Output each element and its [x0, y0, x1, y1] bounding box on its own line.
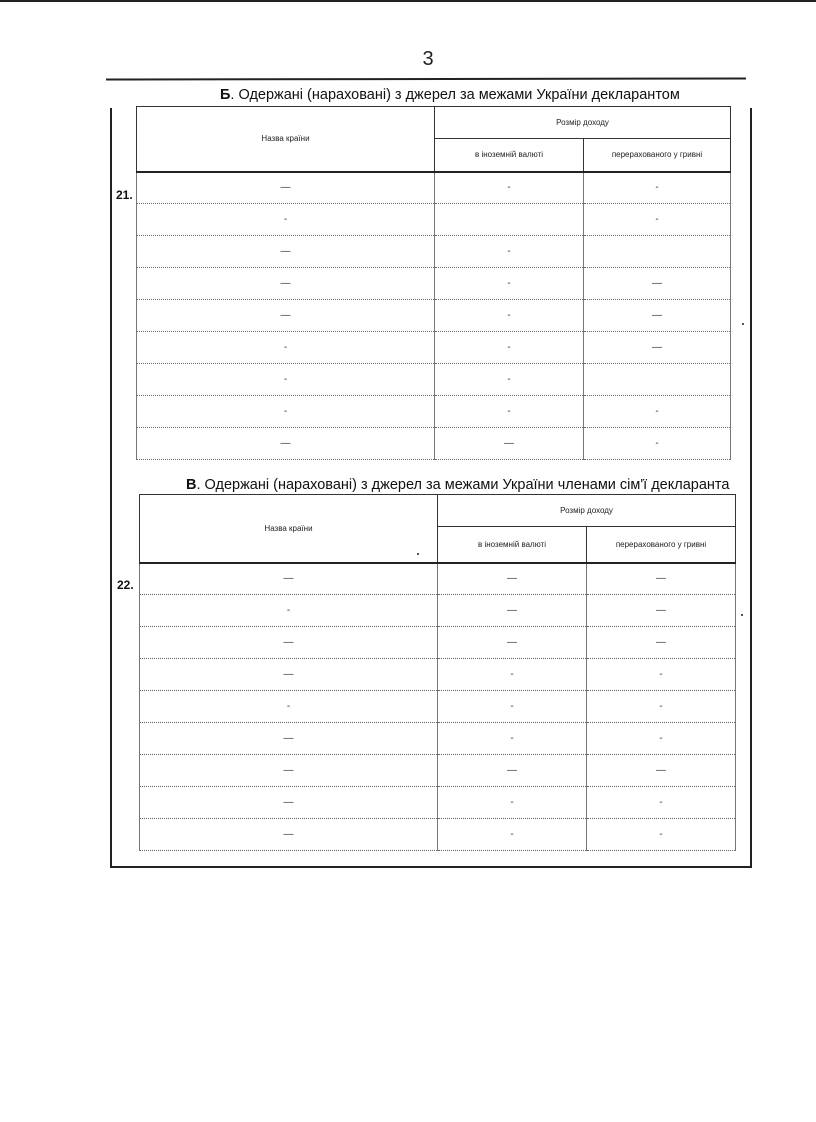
cell-country: - — [140, 691, 438, 723]
cell-foreign-currency: — — [438, 595, 587, 627]
cell-foreign-currency: — — [438, 563, 587, 595]
section-v-letter: В — [186, 477, 196, 493]
cell-country: — — [137, 428, 435, 460]
cell-converted-uah: — — [587, 595, 736, 627]
cell-country: — — [140, 787, 438, 819]
cell-country: - — [137, 332, 435, 364]
cell-converted-uah — [584, 236, 731, 268]
cell-foreign-currency: - — [435, 172, 584, 204]
section-b-title-text: . Одержані (нараховані) з джерел за межа… — [230, 87, 679, 103]
cell-converted-uah: - — [584, 172, 731, 204]
cell-foreign-currency: - — [435, 268, 584, 300]
section-b-rows: —----—-—-——-—--—-----——- — [137, 172, 731, 460]
cell-converted-uah: - — [587, 787, 736, 819]
table-row: —-- — [140, 659, 736, 691]
cell-foreign-currency: - — [435, 364, 584, 396]
cell-converted-uah: - — [584, 204, 731, 236]
table-row: ——— — [140, 627, 736, 659]
cell-converted-uah: — — [587, 627, 736, 659]
header-converted-uah: перерахованого у гривні — [587, 527, 736, 563]
table-row: —-— — [137, 300, 731, 332]
cell-foreign-currency: - — [435, 332, 584, 364]
header-income-size: Розмір доходу — [438, 495, 736, 527]
section-b-row-number: 21. — [116, 188, 133, 202]
cell-country: — — [140, 755, 438, 787]
table-row: ——- — [137, 428, 731, 460]
cell-foreign-currency: - — [438, 787, 587, 819]
header-income-size: Розмір доходу — [435, 107, 731, 139]
scan-speck — [417, 553, 419, 555]
cell-converted-uah: - — [587, 723, 736, 755]
cell-converted-uah: - — [584, 396, 731, 428]
top-scan-edge — [0, 0, 816, 2]
cell-country: — — [140, 819, 438, 851]
cell-country: - — [137, 396, 435, 428]
cell-foreign-currency: - — [438, 819, 587, 851]
cell-converted-uah: - — [584, 428, 731, 460]
table-row: —- — [137, 236, 731, 268]
cell-converted-uah: — — [584, 332, 731, 364]
cell-country: — — [137, 300, 435, 332]
cell-country: - — [137, 364, 435, 396]
header-country: Назва країни — [137, 107, 435, 172]
cell-country: - — [137, 204, 435, 236]
header-converted-uah: перерахованого у гривні — [584, 139, 731, 172]
cell-foreign-currency: - — [435, 396, 584, 428]
cell-country: — — [137, 236, 435, 268]
cell-foreign-currency: - — [438, 723, 587, 755]
header-rule — [106, 77, 746, 80]
table-row: —-— — [137, 268, 731, 300]
cell-foreign-currency: - — [438, 659, 587, 691]
table-row: --- — [140, 691, 736, 723]
cell-foreign-currency — [435, 204, 584, 236]
cell-country: - — [140, 595, 438, 627]
cell-country: — — [140, 723, 438, 755]
section-v-title: В. Одержані (нараховані) з джерел за меж… — [186, 477, 729, 493]
cell-converted-uah: — — [584, 268, 731, 300]
cell-converted-uah — [584, 364, 731, 396]
section-v-rows: ———-——————-----—--————--—-- — [140, 563, 736, 851]
table-row: —-- — [140, 787, 736, 819]
section-v-title-text: . Одержані (нараховані) з джерел за межа… — [196, 477, 729, 493]
cell-country: — — [137, 268, 435, 300]
cell-foreign-currency: - — [438, 691, 587, 723]
table-row: —-- — [140, 723, 736, 755]
table-row: -- — [137, 364, 731, 396]
table-row: --— — [137, 332, 731, 364]
section-b-table: Назва країни Розмір доходу в іноземній в… — [136, 106, 731, 460]
page-number: 3 — [0, 48, 816, 71]
cell-foreign-currency: - — [435, 300, 584, 332]
header-foreign-currency: в іноземній валюті — [435, 139, 584, 172]
table-row: -- — [137, 204, 731, 236]
cell-converted-uah: - — [587, 691, 736, 723]
cell-converted-uah: — — [587, 563, 736, 595]
table-row: —-- — [137, 172, 731, 204]
table-row: ——— — [140, 755, 736, 787]
table-row: -—— — [140, 595, 736, 627]
section-v-row-number: 22. — [117, 578, 134, 592]
cell-converted-uah: - — [587, 659, 736, 691]
header-foreign-currency: в іноземній валюті — [438, 527, 587, 563]
header-country: Назва країни — [140, 495, 438, 563]
section-b-title: Б. Одержані (нараховані) з джерел за меж… — [220, 87, 680, 103]
cell-foreign-currency: — — [435, 428, 584, 460]
table-row: —-- — [140, 819, 736, 851]
scan-speck — [741, 614, 743, 616]
cell-country: — — [140, 627, 438, 659]
cell-converted-uah: — — [584, 300, 731, 332]
section-v-table: Назва країни Розмір доходу в іноземній в… — [139, 494, 736, 851]
cell-country: — — [140, 563, 438, 595]
cell-converted-uah: — — [587, 755, 736, 787]
table-row: --- — [137, 396, 731, 428]
cell-foreign-currency: — — [438, 627, 587, 659]
cell-country: — — [137, 172, 435, 204]
scan-speck — [742, 323, 744, 325]
cell-foreign-currency: — — [438, 755, 587, 787]
cell-converted-uah: - — [587, 819, 736, 851]
section-b-letter: Б — [220, 87, 230, 103]
table-row: ——— — [140, 563, 736, 595]
cell-country: — — [140, 659, 438, 691]
cell-foreign-currency: - — [435, 236, 584, 268]
